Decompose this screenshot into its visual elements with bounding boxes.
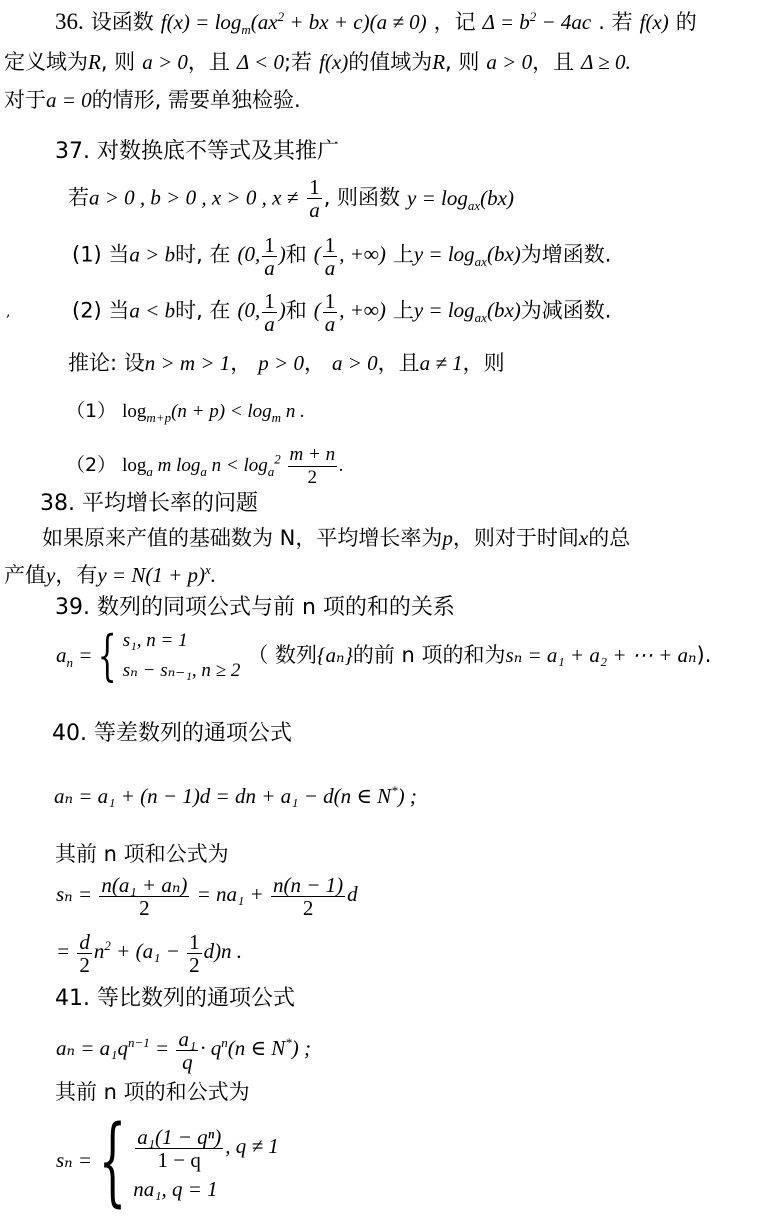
- item-36-line-3: 对于a = 0的情形, 需要单独检验.: [4, 86, 301, 115]
- item-40-general-term: aₙ = a₁ + (n − 1)d = dn + a₁ − d(n ∈ N*)…: [54, 782, 417, 811]
- item-37-result-1: （1） logm+p(n + p) < logm n .: [66, 397, 305, 426]
- item-41-sum-formula: sₙ ={ a₁(1 − qⁿ)1 − q, q ≠ 1 na₁, q = 1: [56, 1118, 279, 1204]
- item-38-line-2: 产值y，有y = N(1 + p)x.: [4, 561, 216, 590]
- stray-comma: ,: [6, 298, 10, 326]
- item-36-line-1: 36. 设函数 f(x) = logm(ax2 + bx + c)(a ≠ 0)…: [55, 8, 697, 37]
- item-37-case-1: (1) 当a > b时, 在 (0,1a)和 (1a, +∞) 上y = log…: [72, 234, 611, 279]
- math-discriminant: Δ = b2 − 4ac: [483, 10, 592, 34]
- item-40-sum-title: 其前 n 项和公式为: [55, 840, 229, 868]
- item-number: 36.: [55, 9, 84, 34]
- item-36-line-2: 定义域为R, 则 a > 0，且 Δ < 0;若 f(x)的值域为R, 则 a …: [4, 48, 631, 77]
- item-40-sum-expanded: = d2n2 + (a₁ − 12d)n .: [56, 931, 242, 976]
- item-37-corollary: 推论: 设n > m > 1， p > 0， a > 0，且a ≠ 1，则: [68, 349, 505, 378]
- item-38-line-1: 如果原来产值的基础数为 N，平均增长率为p，则对于时间x的总: [42, 524, 630, 553]
- item-41-sum-title: 其前 n 项的和公式为: [55, 1078, 250, 1106]
- item-40-title: 40. 等差数列的通项公式: [52, 720, 292, 748]
- item-37-condition: 若a > 0 , b > 0 , x > 0 , x ≠ 1a, 则函数 y =…: [68, 176, 514, 221]
- item-37-result-2: （2） loga m loga n < loga2 m + n2.: [66, 444, 344, 489]
- item-41-general-term: aₙ = a₁qn−1 = a₁q· qn(n ∈ N*) ;: [56, 1028, 311, 1073]
- item-41-title: 41. 等比数列的通项公式: [55, 985, 295, 1013]
- item-38-title: 38. 平均增长率的问题: [40, 490, 258, 518]
- item-37-case-2: (2) 当a < b时, 在 (0,1a)和 (1a, +∞) 上y = log…: [72, 290, 611, 335]
- item-39-formula: an ={s₁, n = 1sₙ − sₙ₋₁, n ≥ 2 （ 数列{aₙ}的…: [56, 626, 711, 686]
- math-function-def: f(x) = logm(ax2 + bx + c)(a ≠ 0): [161, 10, 427, 34]
- item-40-sum-formula: sₙ = n(a₁ + aₙ)2 = na₁ + n(n − 1)2d: [56, 874, 358, 919]
- item-37-title: 37. 对数换底不等式及其推广: [55, 138, 339, 166]
- item-39-title: 39. 数列的同项公式与前 n 项的和的关系: [55, 594, 455, 622]
- fraction-1-over-a: 1a: [307, 176, 322, 221]
